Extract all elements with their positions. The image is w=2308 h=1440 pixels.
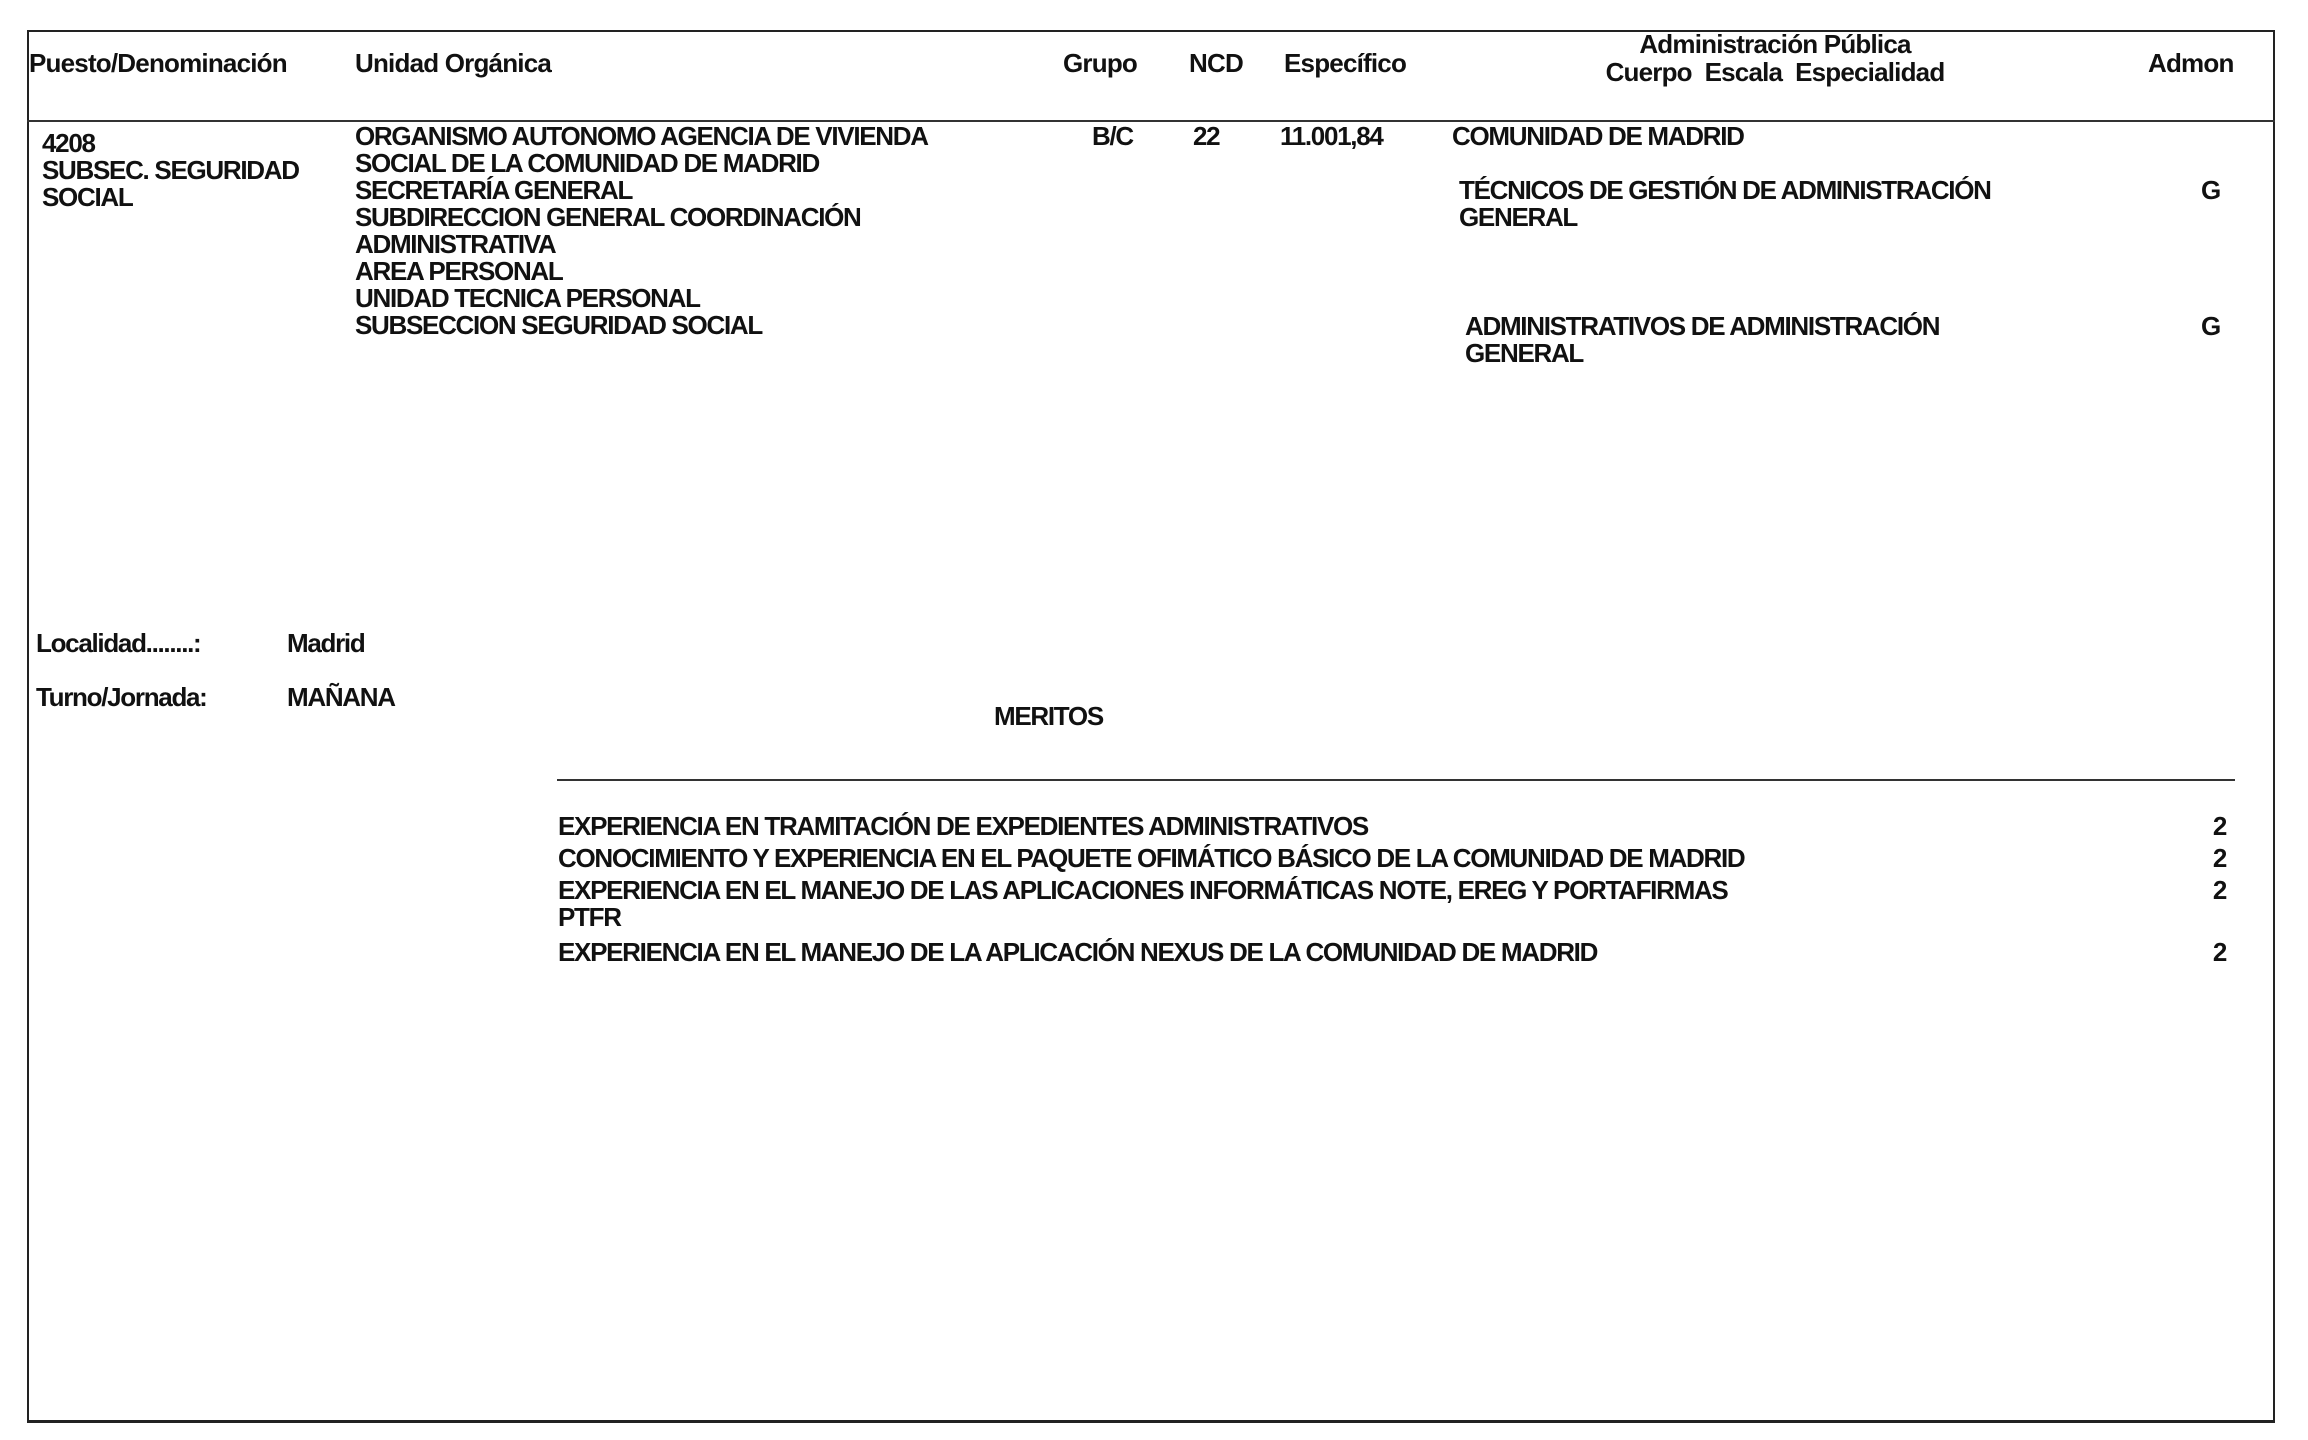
puesto-codigo: 4208: [42, 130, 299, 157]
unidad-line: ORGANISMO AUTONOMO AGENCIA DE VIVIENDA: [355, 123, 928, 150]
merito-item: EXPERIENCIA EN EL MANEJO DE LA APLICACIÓ…: [558, 939, 1597, 966]
denominacion-line: SOCIAL: [42, 184, 299, 211]
grupo-value: B/C: [1092, 123, 1133, 150]
header-especifico: Específico: [1284, 49, 1406, 77]
header-administracion-publica: Administración Pública: [1560, 30, 1990, 58]
denominacion-line: SUBSEC. SEGURIDAD: [42, 157, 299, 184]
merito-line: EXPERIENCIA EN EL MANEJO DE LAS APLICACI…: [558, 877, 1727, 904]
cuerpo-line: GENERAL: [1465, 340, 1939, 367]
cuerpo-2-admon: G: [2201, 313, 2220, 340]
merito-line: PTFR: [558, 904, 1727, 931]
meritos-rule: [557, 779, 2235, 781]
cuerpo-2: ADMINISTRATIVOS DE ADMINISTRACIÓN GENERA…: [1465, 313, 1939, 367]
cuerpo-1: TÉCNICOS DE GESTIÓN DE ADMINISTRACIÓN GE…: [1459, 177, 1991, 231]
header-ncd: NCD: [1189, 49, 1243, 77]
turno-label: Turno/Jornada:: [36, 684, 207, 711]
merito-puntos: 2: [2180, 845, 2226, 872]
cuerpo-1-admon: G: [2201, 177, 2220, 204]
merito-item: EXPERIENCIA EN TRAMITACIÓN DE EXPEDIENTE…: [558, 813, 1368, 840]
header-admon: Admon: [2148, 49, 2234, 77]
especifico-value: 11.001,84: [1280, 123, 1383, 150]
unidad-organica: ORGANISMO AUTONOMO AGENCIA DE VIVIENDA S…: [355, 123, 928, 339]
merito-item: EXPERIENCIA EN EL MANEJO DE LAS APLICACI…: [558, 877, 1727, 931]
localidad-value: Madrid: [287, 630, 364, 657]
unidad-line: SUBSECCION SEGURIDAD SOCIAL: [355, 312, 928, 339]
unidad-line: SOCIAL DE LA COMUNIDAD DE MADRID: [355, 150, 928, 177]
unidad-line: SECRETARÍA GENERAL: [355, 177, 928, 204]
merito-puntos: 2: [2180, 877, 2226, 904]
meritos-title: MERITOS: [994, 703, 1103, 730]
header-cuerpo-escala: Cuerpo Escala Especialidad: [1560, 58, 1990, 86]
merito-puntos: 2: [2180, 813, 2226, 840]
ncd-value: 22: [1193, 123, 1219, 150]
unidad-line: UNIDAD TECNICA PERSONAL: [355, 285, 928, 312]
cuerpo-line: GENERAL: [1459, 204, 1991, 231]
header-unidad-organica: Unidad Orgánica: [355, 49, 551, 77]
puesto-denominacion: 4208 SUBSEC. SEGURIDAD SOCIAL: [42, 130, 299, 211]
cuerpo-line: TÉCNICOS DE GESTIÓN DE ADMINISTRACIÓN: [1459, 177, 1991, 204]
cuerpo-line: ADMINISTRATIVOS DE ADMINISTRACIÓN: [1465, 313, 1939, 340]
unidad-line: ADMINISTRATIVA: [355, 231, 928, 258]
header-grupo: Grupo: [1063, 49, 1137, 77]
administracion-value: COMUNIDAD DE MADRID: [1452, 123, 1744, 150]
unidad-line: SUBDIRECCION GENERAL COORDINACIÓN: [355, 204, 928, 231]
unidad-line: AREA PERSONAL: [355, 258, 928, 285]
merito-item: CONOCIMIENTO Y EXPERIENCIA EN EL PAQUETE…: [558, 845, 1744, 872]
merito-puntos: 2: [2180, 939, 2226, 966]
localidad-label: Localidad........:: [36, 630, 200, 657]
turno-value: MAÑANA: [287, 684, 395, 711]
header-puesto: Puesto/Denominación: [29, 49, 287, 77]
